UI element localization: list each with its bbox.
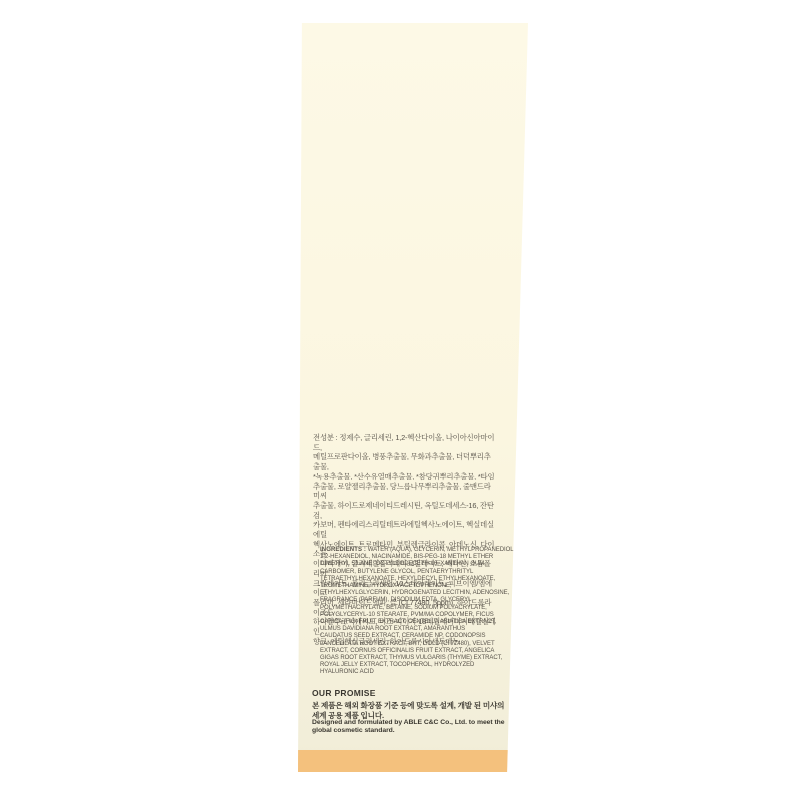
product-box-back-panel: 전성분 : 정제수, 글리세린, 1,2-헥산다이올, 나이아신아마이드, 메틸… (298, 23, 528, 772)
orange-accent-band (298, 750, 528, 772)
photo-background: 전성분 : 정제수, 글리세린, 1,2-헥산다이올, 나이아신아마이드, 메틸… (0, 0, 800, 800)
english-ingredients-text: INGREDIENTS : WATER (AQUA), GLYCERIN, ME… (320, 547, 516, 677)
ingredients-label: INGREDIENTS : (320, 547, 368, 553)
our-promise-heading: OUR PROMISE (312, 688, 376, 698)
english-ingredients-body: WATER (AQUA), GLYCERIN, METHYLPROPANEDIO… (320, 547, 515, 675)
promise-text-english: Designed and formulated by ABLE C&C Co.,… (312, 719, 512, 734)
